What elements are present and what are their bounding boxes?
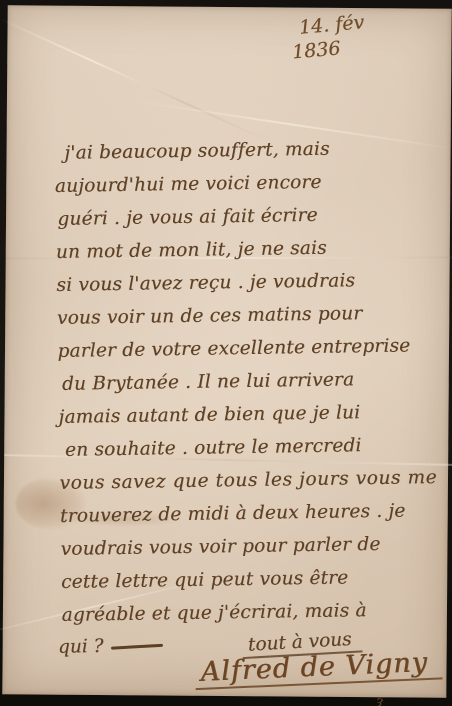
pen-dash-stroke (111, 643, 163, 649)
letter-line: trouverez de midi à deux heures . je (60, 494, 438, 533)
paper-crease (0, 18, 274, 144)
letter-photograph: 14. fév 1836 j'ai beaucoup souffert, mai… (0, 0, 452, 706)
letter-body: j'ai beaucoup souffert, mais aujourd'hui… (54, 131, 439, 632)
closing-question: qui ? (58, 635, 164, 658)
letter-line: parler de votre excellente entreprise (57, 329, 435, 368)
closing-question-text: qui ? (58, 636, 104, 658)
date-block: 14. fév 1836 (298, 10, 367, 64)
letter-line: agréable et que j'écrirai, mais à (61, 593, 439, 632)
